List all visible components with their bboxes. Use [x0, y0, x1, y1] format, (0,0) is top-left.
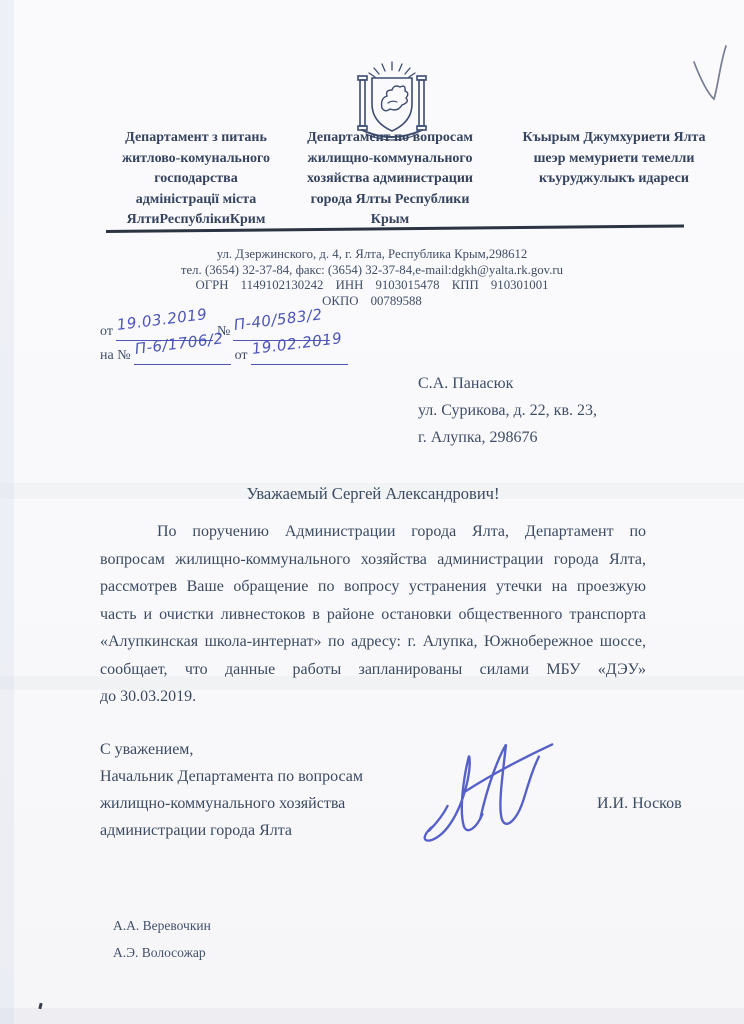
- body-line: сообщает, что данные работы запланирован…: [100, 656, 646, 684]
- signoff-block: С уважением, Начальник Департамента по в…: [100, 736, 363, 844]
- body-line: до 30.03.2019.: [100, 683, 646, 711]
- executors-block: А.А. Веревочкин А.Э. Волосожар: [113, 912, 211, 966]
- regards-line: С уважением,: [100, 736, 363, 763]
- from-label: от: [100, 324, 116, 341]
- reference-block: от 19.03.2019 № П-40/583/2 на № П-6/1706…: [100, 317, 352, 365]
- letterhead: Департамент з питань житлово-комунальног…: [100, 128, 740, 231]
- scan-edge-shadow: [0, 0, 14, 1024]
- signer-name: И.И. Носков: [597, 795, 682, 813]
- org-name-crimean-tatar: Къырым Джумхуриети Ялта шеэр мемуриети т…: [488, 128, 740, 231]
- org-name-russian: Департамент по вопросам жилищно-коммунал…: [297, 128, 483, 231]
- outgoing-number-handwriting: П-40/583/2: [233, 305, 324, 334]
- recipient-address-line2: г. Алупка, 298676: [418, 424, 597, 451]
- body-line: «Алупкинская школа-интернат» по адресу: …: [100, 628, 646, 656]
- scanned-letter-page: Департамент з питань житлово-комунальног…: [0, 0, 744, 1024]
- handwritten-signature-icon: [408, 728, 563, 846]
- scan-streak: [0, 1008, 744, 1024]
- contact-phone-email: тел. (3654) 32-37-84, факс: (3654) 32-37…: [132, 263, 612, 279]
- signer-title-line2: жилищно-коммунального хозяйства: [100, 790, 363, 817]
- signer-title-line1: Начальник Департамента по вопросам: [100, 763, 363, 790]
- salutation: Уважаемый Сергей Александрович!: [100, 484, 646, 504]
- incoming-number-field: П-6/1706/2: [134, 342, 231, 365]
- body-line: вопросам жилищно-коммунального хозяйства…: [100, 546, 646, 574]
- recipient-name: С.А. Панасюк: [418, 370, 597, 397]
- contact-block: ул. Дзержинского, д. 4, г. Ялта, Республ…: [132, 247, 612, 309]
- executor-name-1: А.А. Веревочкин: [113, 912, 211, 939]
- contact-ogrn-inn-kpp: ОГРН 1149102130242 ИНН 9103015478 КПП 91…: [132, 278, 612, 294]
- recipient-address-line1: ул. Сурикова, д. 22, кв. 23,: [418, 397, 597, 424]
- incoming-date-field: 19.02.2019: [251, 342, 348, 365]
- outgoing-date-handwriting: 19.03.2019: [116, 305, 208, 334]
- body-line: рассмотрев Ваше обращение по вопросу уст…: [100, 573, 646, 601]
- recipient-block: С.А. Панасюк ул. Сурикова, д. 22, кв. 23…: [418, 370, 597, 451]
- executor-name-2: А.Э. Волосожар: [113, 939, 211, 966]
- body-line: часть и очистки ливнестоков в районе ост…: [100, 601, 646, 629]
- incoming-reference-line: на № П-6/1706/2 от 19.02.2019: [100, 341, 352, 365]
- org-name-ukrainian: Департамент з питань житлово-комунальног…: [100, 128, 292, 231]
- contact-address: ул. Дзержинского, д. 4, г. Ялта, Республ…: [132, 247, 612, 263]
- handwritten-check-icon: [688, 44, 736, 106]
- reply-to-label: на №: [100, 348, 134, 365]
- reply-from-label: от: [235, 348, 251, 365]
- pen-mark: [38, 1003, 42, 1010]
- letter-body: По поручению Администрации города Ялта, …: [100, 518, 646, 711]
- body-line: По поручению Администрации города Ялта, …: [100, 518, 646, 546]
- signer-title-line3: администрации города Ялта: [100, 817, 363, 844]
